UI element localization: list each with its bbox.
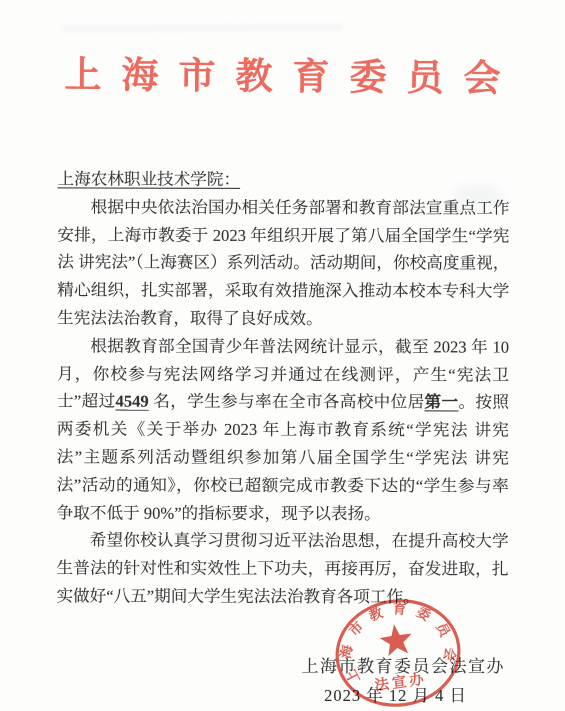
emphasis-text: 4549 <box>116 392 149 411</box>
body-text-segment: 根据中央依法治国办相关任务部署和教育部法宣重点工作安排，上海市教委于 2023 … <box>57 197 509 328</box>
body-text-segment: 。按照两委机关《关于举办 2023 年上海市教育系统“学宪法 讲宪法”主题系列活… <box>57 393 509 523</box>
official-seal: 上海市教育委员会 法宣办 <box>328 595 468 711</box>
paragraph-2: 根据教育部全国青少年普法网统计显示，截至 2023 年 10 月，你校参与宪法网… <box>57 332 510 528</box>
letter-body: 上海农林职业技术学院： 根据中央依法治国办相关任务部署和教育部法宣重点工作安排，… <box>56 165 509 611</box>
document-page: 上海市教育委员会 上海农林职业技术学院： 根据中央依法治国办相关任务部署和教育部… <box>0 0 565 711</box>
emphasis-text: 第一 <box>425 393 459 412</box>
salutation: 上海农林职业技术学院： <box>58 165 510 194</box>
seal-center-label: 法宣办 <box>373 669 427 694</box>
body-text-segment: 名，学生参与率在全市各高校中位居 <box>149 392 425 412</box>
paragraphs: 根据中央依法治国办相关任务部署和教育部法宣重点工作安排，上海市教委于 2023 … <box>56 193 509 611</box>
seal-group: 上海市教育委员会 法宣办 <box>330 595 466 711</box>
scan-artifact <box>62 25 342 31</box>
paragraph-1: 根据中央依法治国办相关任务部署和教育部法宣重点工作安排，上海市教委于 2023 … <box>57 193 509 333</box>
letterhead-title: 上海市教育委员会 <box>0 44 565 103</box>
star-icon <box>378 622 414 657</box>
